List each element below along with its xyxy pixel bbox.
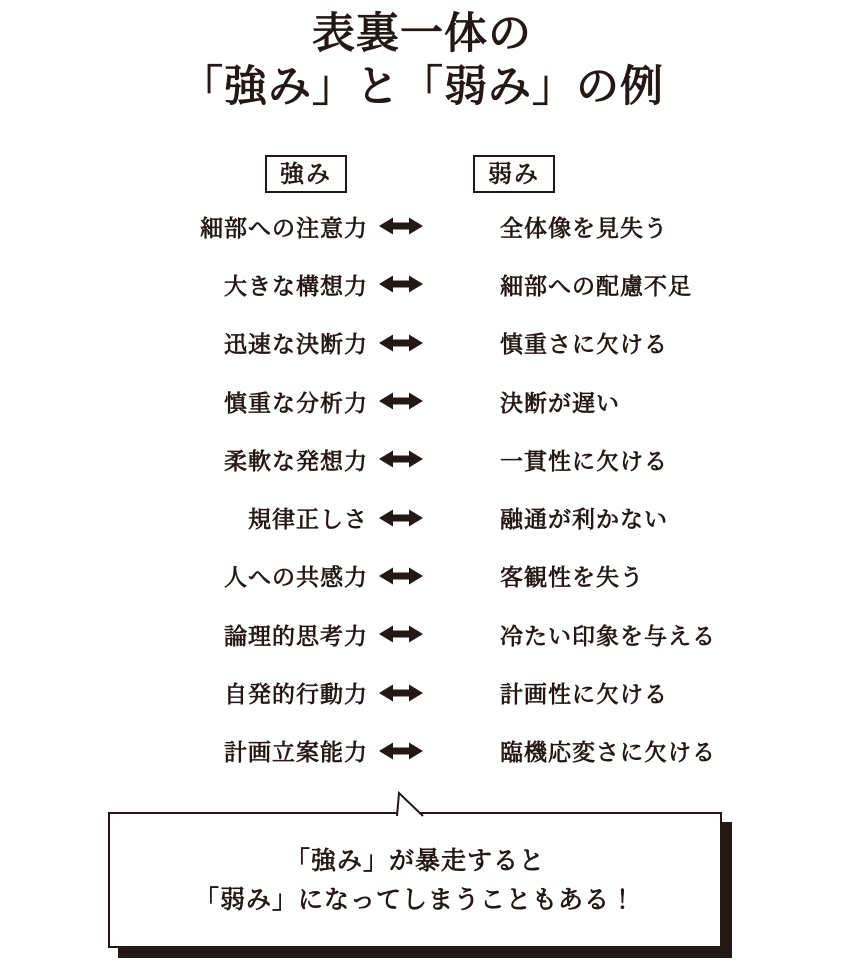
weakness-label: 融通が利かない: [434, 501, 844, 534]
left-right-arrow-icon: [368, 566, 434, 586]
pair-row: 論理的思考力 冷たい印象を与える: [0, 605, 844, 663]
pair-row: 規律正しさ 融通が利かない: [0, 488, 844, 546]
pair-row: 計画立案能力 臨機応変さに欠ける: [0, 722, 844, 780]
strength-label: 規律正しさ: [0, 501, 368, 534]
left-right-arrow-icon: [368, 508, 434, 528]
callout-tail-icon: [395, 791, 427, 817]
left-right-arrow-icon: [368, 274, 434, 294]
page: 表裏一体の 「強み」と「弱み」の例 強み 弱み 細部への注意力 全体像を見失う …: [0, 0, 844, 978]
weakness-label: 慎重さに欠ける: [434, 326, 844, 359]
pair-row: 人への共感力 客観性を失う: [0, 547, 844, 605]
strength-label: 自発的行動力: [0, 676, 368, 709]
weakness-label: 客観性を失う: [434, 559, 844, 592]
page-title-line1: 表裏一体の: [0, 8, 844, 61]
weakness-label: 決断が遅い: [434, 385, 844, 418]
callout-box: 「強み」が暴走すると 「弱み」になってしまうこともある！: [108, 812, 722, 948]
weakness-label: 臨機応変さに欠ける: [434, 734, 844, 767]
left-right-arrow-icon: [368, 449, 434, 469]
pair-row: 柔軟な発想力 一貫性に欠ける: [0, 430, 844, 488]
strength-label: 大きな構想力: [0, 268, 368, 301]
weakness-label: 計画性に欠ける: [434, 676, 844, 709]
left-right-arrow-icon: [368, 391, 434, 411]
pair-row: 自発的行動力 計画性に欠ける: [0, 663, 844, 721]
pair-row: 慎重な分析力 決断が遅い: [0, 372, 844, 430]
strength-label: 論理的思考力: [0, 618, 368, 651]
weakness-label: 冷たい印象を与える: [434, 618, 844, 651]
strength-label: 計画立案能力: [0, 734, 368, 767]
strength-label: 人への共感力: [0, 559, 368, 592]
pair-row: 大きな構想力 細部への配慮不足: [0, 255, 844, 313]
page-title-line2: 「強み」と「弱み」の例: [0, 61, 844, 114]
strength-label: 慎重な分析力: [0, 385, 368, 418]
strength-column-header: 強み: [265, 155, 347, 193]
strength-label: 細部への注意力: [0, 210, 368, 243]
pair-row: 迅速な決断力 慎重さに欠ける: [0, 314, 844, 372]
left-right-arrow-icon: [368, 216, 434, 236]
pair-list: 細部への注意力 全体像を見失う 大きな構想力 細部への配慮不足 迅速な決断力 慎…: [0, 197, 844, 780]
left-right-arrow-icon: [368, 624, 434, 644]
callout-text-line1: 「強み」が暴走すると: [285, 841, 545, 880]
left-right-arrow-icon: [368, 741, 434, 761]
callout-text-line2: 「弱み」になってしまうこともある！: [194, 880, 636, 919]
weakness-column-header: 弱み: [473, 155, 555, 193]
page-title: 表裏一体の 「強み」と「弱み」の例: [0, 8, 844, 114]
weakness-label: 細部への配慮不足: [434, 268, 844, 301]
left-right-arrow-icon: [368, 333, 434, 353]
column-headers: 強み 弱み: [0, 155, 844, 193]
strength-label: 柔軟な発想力: [0, 443, 368, 476]
strength-label: 迅速な決断力: [0, 326, 368, 359]
weakness-label: 一貫性に欠ける: [434, 443, 844, 476]
pair-row: 細部への注意力 全体像を見失う: [0, 197, 844, 255]
left-right-arrow-icon: [368, 683, 434, 703]
weakness-label: 全体像を見失う: [434, 210, 844, 243]
